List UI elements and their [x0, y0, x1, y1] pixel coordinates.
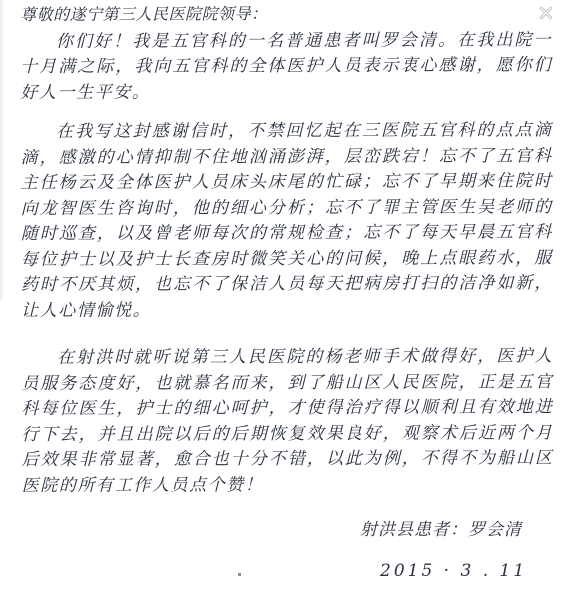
- letter-date: 2015 · 3 . 11: [380, 561, 527, 581]
- letter-paragraph-2: 在我写这封感谢信时，不禁回忆起在三医院五官科的点点滴滴，感激的心情抑制不住地汹涌…: [20, 118, 553, 324]
- letter-signature: 射洪县患者：罗会清: [360, 515, 522, 540]
- letter-salutation: 尊敬的遂宁第三人民医院院领导：: [20, 0, 552, 27]
- stray-mark: [238, 573, 241, 576]
- letter-paragraph-3: 在射洪时就听说第三人民医院的杨老师手术做得好，医护人员服务态度好，也就慕名而来，…: [21, 344, 554, 499]
- edge-shading: [0, 0, 4, 300]
- letter-paragraph-1: 你们好！我是五官科的一名普通患者叫罗会清。在我出院一十月满之际，我向五官科的全体…: [20, 28, 552, 106]
- handwritten-letter: 尊敬的遂宁第三人民医院院领导： 你们好！我是五官科的一名普通患者叫罗会清。在我出…: [20, 0, 554, 499]
